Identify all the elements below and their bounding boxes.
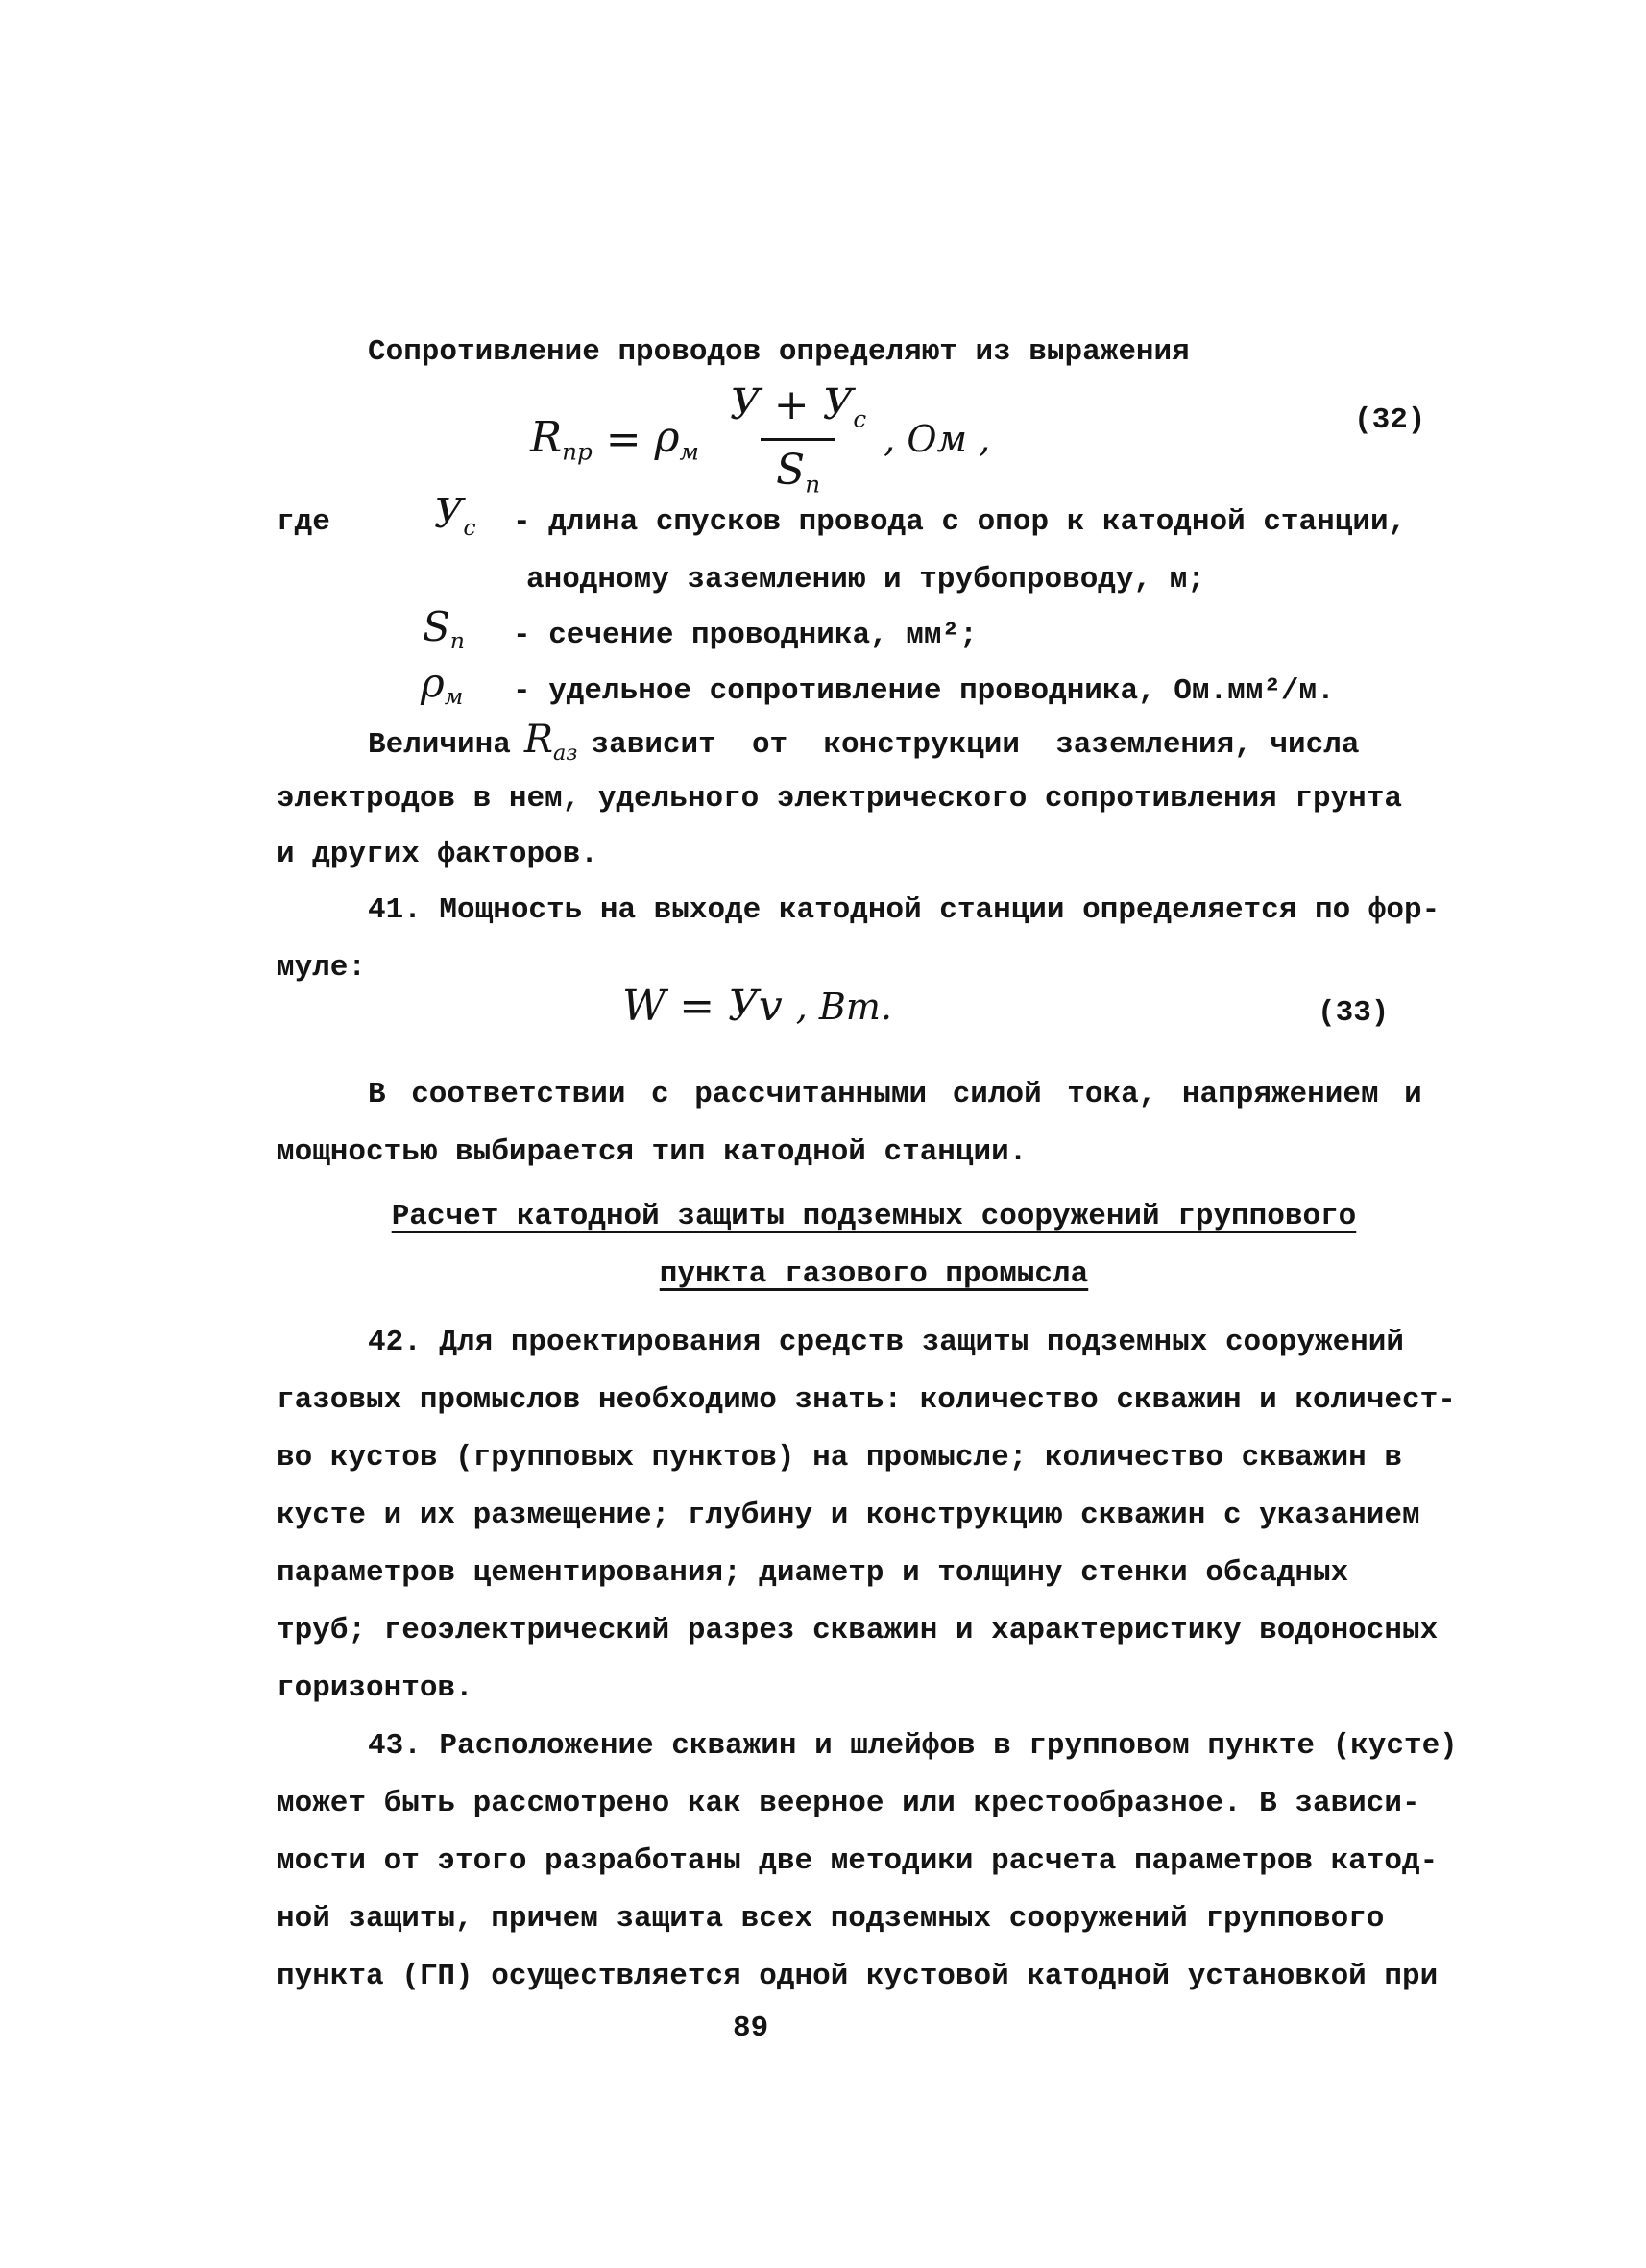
para-43-line: пункта (ГП) осуществляется одной кустово…: [277, 1958, 1438, 1996]
formula-32-lhs: Rпр: [530, 413, 593, 466]
formula-32-coef: ρм: [655, 413, 699, 466]
formula-32-equals: =: [606, 415, 641, 464]
def-yc-line1: - длина спусков провода с опор к катодно…: [513, 503, 1406, 542]
formula-33-unit: , Вт.: [796, 986, 892, 1028]
formula-33-number: (33): [1318, 994, 1389, 1033]
symbol-sp: Sп: [423, 603, 465, 654]
formula-33-rhs: Уv: [728, 982, 783, 1031]
def-rho-line1: - удельное сопротивление проводника, Ом.…: [513, 672, 1335, 711]
para-r-line1: Величина Rаз зависит от конструкции зазе…: [368, 720, 1359, 772]
para-43-line: мости от этого разработаны две методики …: [277, 1842, 1438, 1881]
para-r-rest: зависит от конструкции заземления, числа: [592, 726, 1360, 765]
section-heading-line2: пункта газового промысла: [278, 1256, 1469, 1294]
symbol-rho: ρм: [421, 659, 463, 710]
para-r-lead: Величина: [368, 726, 511, 765]
formula-33-equals: =: [679, 982, 714, 1031]
para-43-line: может быть рассмотрено как веерное или к…: [277, 1785, 1420, 1823]
para-w-line2: мощностью выбирается тип катодной станци…: [277, 1134, 1027, 1172]
formula-33: W = Уv , Вт.: [622, 982, 906, 1031]
page-number: 89: [733, 2010, 768, 2048]
symbol-yc: Ус: [434, 490, 476, 541]
para-41-line1: 41. Мощность на выходе катодной станции …: [368, 891, 1440, 930]
def-yc-line2: анодному заземлению и трубопроводу, м;: [526, 561, 1205, 599]
para-43-line: 43. Расположение скважин и шлейфов в гру…: [368, 1727, 1458, 1766]
para-42-line: параметров цементирования; диаметр и тол…: [277, 1554, 1348, 1593]
formula-32-numerator: У + Ус: [722, 380, 874, 438]
section-heading-line1: Расчет катодной защиты подземных сооруже…: [278, 1198, 1469, 1236]
intro-line: Сопротивление проводов определяют из выр…: [368, 333, 1190, 372]
formula-33-lhs: W: [622, 982, 666, 1031]
where-label: где: [277, 503, 330, 542]
para-42-line: во кустов (групповых пунктов) на промысл…: [277, 1439, 1402, 1477]
symbol-raz: Rаз: [524, 720, 578, 772]
def-sp-line1: - сечение проводника, мм²;: [513, 617, 978, 655]
para-w-line1: В соответствии с рассчитанными силой ток…: [368, 1076, 1422, 1114]
para-r-line3: и других факторов.: [277, 836, 598, 874]
para-r-line2: электродов в нем, удельного электрическо…: [277, 780, 1402, 818]
para-42-line: 42. Для проектирования средств защиты по…: [368, 1324, 1404, 1362]
para-42-line: газовых промыслов необходимо знать: коли…: [277, 1381, 1456, 1420]
para-41-line2: муле:: [277, 949, 366, 988]
formula-32-denominator: Sп: [761, 438, 835, 499]
para-42-line: кусте и их размещение; глубину и констру…: [277, 1497, 1420, 1535]
document-page: Сопротивление проводов определяют из выр…: [0, 0, 1646, 2268]
formula-32-unit: , Ом ,: [884, 418, 990, 460]
para-43-line: ной защиты, причем защита всех подземных…: [277, 1900, 1384, 1939]
para-42-line: горизонтов.: [277, 1670, 473, 1708]
formula-32: Rпр = ρм У + Ус Sп , Ом ,: [530, 380, 1004, 498]
formula-32-number: (32): [1354, 402, 1425, 440]
formula-32-fraction: У + Ус Sп: [722, 380, 874, 498]
para-42-line: труб; геоэлектрический разрез скважин и …: [277, 1612, 1438, 1650]
